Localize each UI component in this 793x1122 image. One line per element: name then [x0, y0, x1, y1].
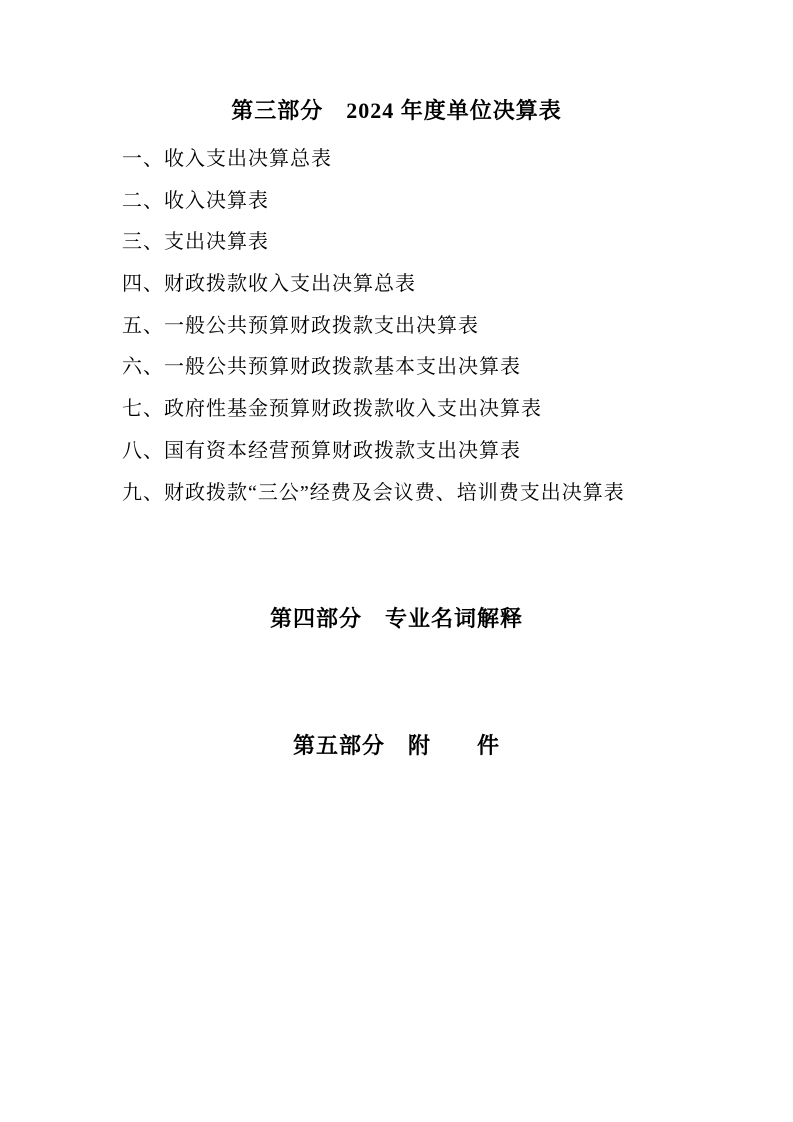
list-item: 五、一般公共预算财政拨款支出决算表 — [122, 306, 753, 348]
list-item: 六、一般公共预算财政拨款基本支出决算表 — [122, 347, 753, 389]
list-item: 八、国有资本经营预算财政拨款支出决算表 — [122, 431, 753, 473]
list-item: 七、政府性基金预算财政拨款收入支出决算表 — [122, 389, 753, 431]
part5-heading: 第五部分 附 件 — [0, 731, 793, 760]
document-page: 第三部分 2024 年度单位决算表 一、收入支出决算总表 二、收入决算表 三、支… — [0, 0, 793, 1122]
part3-table-list: 一、收入支出决算总表 二、收入决算表 三、支出决算表 四、财政拨款收入支出决算总… — [122, 139, 753, 514]
part4-heading: 第四部分 专业名词解释 — [0, 604, 793, 633]
part3-heading: 第三部分 2024 年度单位决算表 — [0, 96, 793, 125]
list-item: 九、财政拨款“三公”经费及会议费、培训费支出决算表 — [122, 473, 753, 515]
list-item: 一、收入支出决算总表 — [122, 139, 753, 181]
list-item: 二、收入决算表 — [122, 181, 753, 223]
list-item: 四、财政拨款收入支出决算总表 — [122, 264, 753, 306]
list-item: 三、支出决算表 — [122, 222, 753, 264]
